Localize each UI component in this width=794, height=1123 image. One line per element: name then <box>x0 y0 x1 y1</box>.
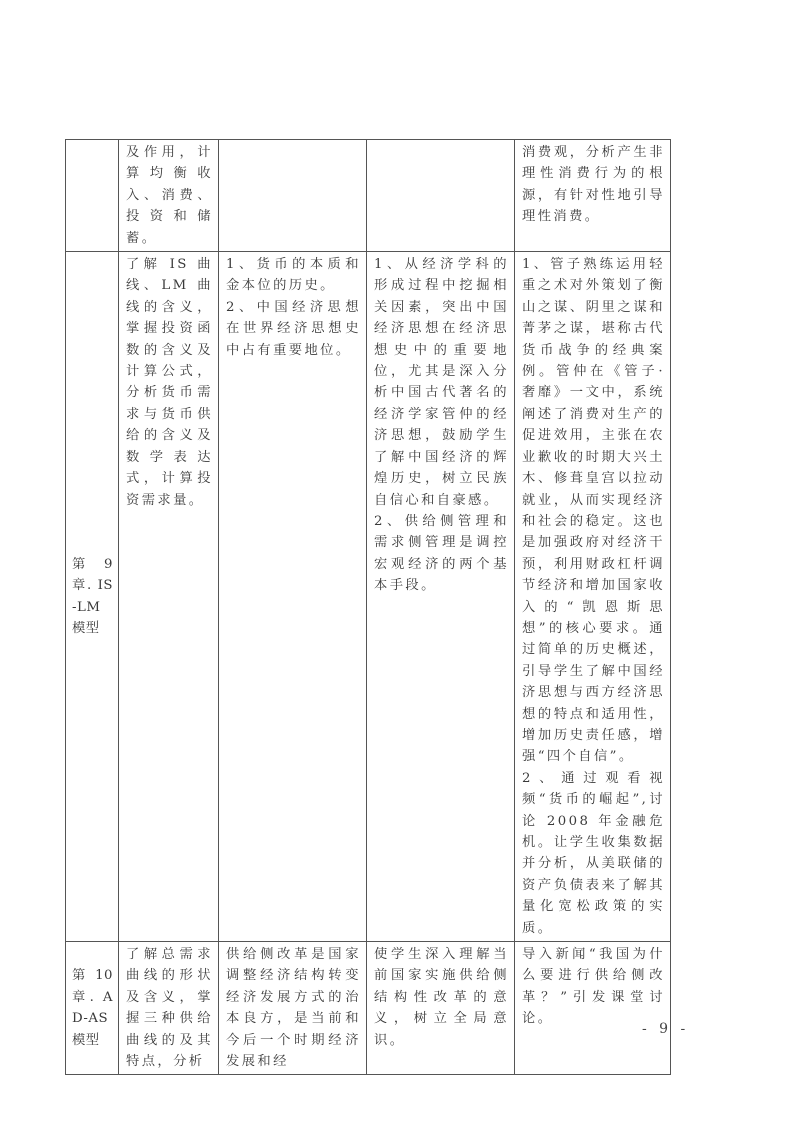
curriculum-table: 及作用，计算均衡收入、消费、投资和储蓄。 消费观，分析产生非理性消费行为的根源，… <box>65 139 671 1075</box>
table-row: 及作用，计算均衡收入、消费、投资和储蓄。 消费观，分析产生非理性消费行为的根源，… <box>66 140 671 252</box>
case-item: 2、通过观看视频“货币的崛起”,讨论 2008 年金融危机。让学生收集数据并分析… <box>522 768 665 939</box>
table-row: 第 9 章. IS-LM 模型 了解 IS 曲线、LM 曲线的含义，掌握投资函数… <box>66 252 671 942</box>
case-item: 1、管子熟练运用轻重之术对外策划了衡山之谋、阴里之谋和菁茅之谋，堪称古代货币战争… <box>522 254 665 768</box>
ideology-points-cell: 1、货币的本质和金本位的历史。 2、中国经济思想在世界经济思想史中占有重要地位。 <box>219 252 367 942</box>
ideology-points-cell: 供给侧改革是国家调整经济结构转变经济发展方式的治本良方，是当前和今后一个时期经济… <box>219 942 367 1075</box>
ideology-points-cell <box>219 140 367 252</box>
cases-cell: 消费观，分析产生非理性消费行为的根源，有针对性地引导理性消费。 <box>515 140 671 252</box>
objective-cell: 了解总需求曲线的形状及含义，掌握三种供给曲线的及其特点，分析 <box>119 942 219 1075</box>
teaching-goal-item: 1、从经济学科的形成过程中挖掘相关因素，突出中国经济思想在经济思想史中的重要地位… <box>374 254 509 511</box>
objective-cell: 及作用，计算均衡收入、消费、投资和储蓄。 <box>119 140 219 252</box>
teaching-goals-cell <box>367 140 515 252</box>
objective-cell: 了解 IS 曲线、LM 曲线的含义，掌握投资函数的含义及计算公式，分析货币需求与… <box>119 252 219 942</box>
ideology-point-item: 2、中国经济思想在世界经济思想史中占有重要地位。 <box>226 297 361 361</box>
ideology-point-item: 1、货币的本质和金本位的历史。 <box>226 254 361 297</box>
teaching-goal-item: 2、供给侧管理和需求侧管理是调控宏观经济的两个基本手段。 <box>374 511 509 597</box>
chapter-cell <box>66 140 119 252</box>
cases-cell: 1、管子熟练运用轻重之术对外策划了衡山之谋、阴里之谋和菁茅之谋，堪称古代货币战争… <box>515 252 671 942</box>
chapter-cell: 第 10 章. AD-AS 模型 <box>66 942 119 1075</box>
document-page: 及作用，计算均衡收入、消费、投资和储蓄。 消费观，分析产生非理性消费行为的根源，… <box>0 0 794 1123</box>
chapter-cell: 第 9 章. IS-LM 模型 <box>66 252 119 942</box>
teaching-goals-cell: 1、从经济学科的形成过程中挖掘相关因素，突出中国经济思想在经济思想史中的重要地位… <box>367 252 515 942</box>
teaching-goals-cell: 使学生深入理解当前国家实施供给侧结构性改革的意义，树立全局意识。 <box>367 942 515 1075</box>
page-number: - 9 - <box>642 1021 689 1037</box>
cases-cell: 导入新闻“我国为什么要进行供给侧改革？”引发课堂讨论。 <box>515 942 671 1075</box>
table-row: 第 10 章. AD-AS 模型 了解总需求曲线的形状及含义，掌握三种供给曲线的… <box>66 942 671 1075</box>
